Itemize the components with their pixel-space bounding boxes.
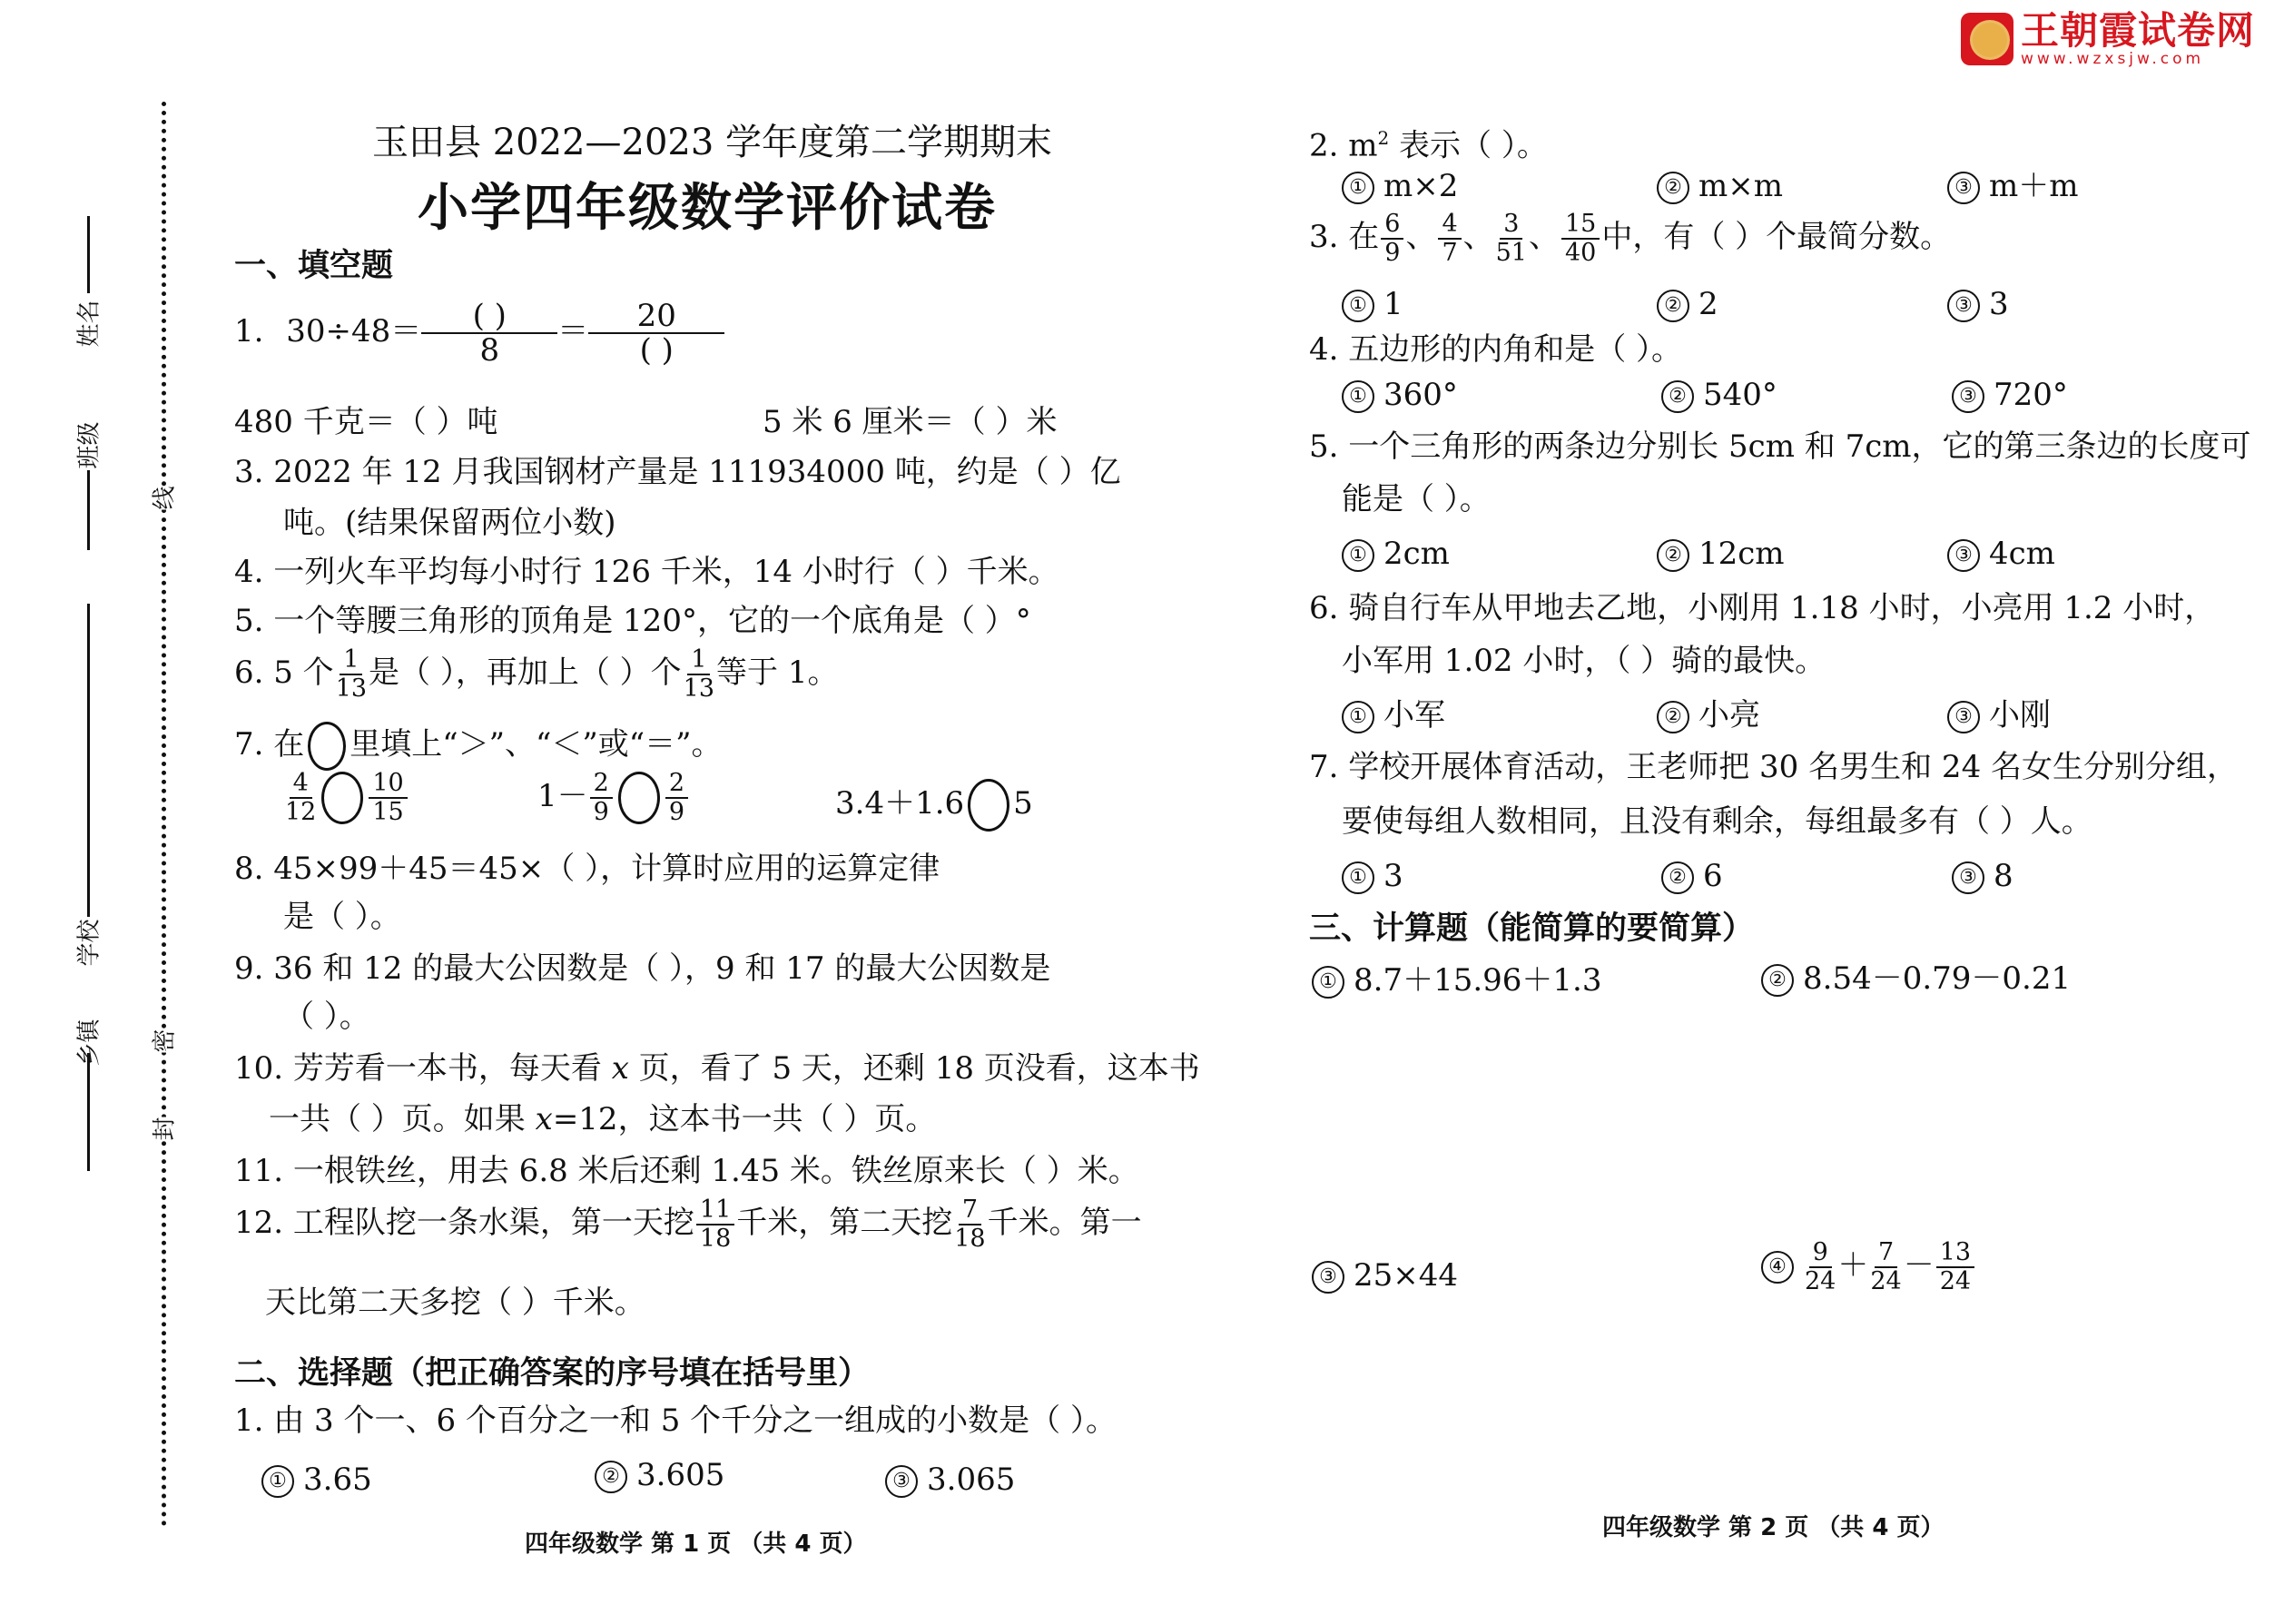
calc-answer-area-2[interactable] [1761,1017,2233,1244]
choice-q1-option1[interactable]: ①3.65 [261,1462,372,1498]
problem-number-icon: ① [1312,966,1344,999]
compare-circle-input[interactable] [321,772,363,824]
fill-q10-line1: 10. 芳芳看一本书，每天看 x 页，看了 5 天，还剩 18 页没看，这本书 [234,1050,1200,1087]
choice-q7-line2: 要使每组人数相同，且没有剩余，每组最多有（ ）人。 [1342,803,2092,840]
fill-q12-line2: 天比第二天多挖（ ）千米。 [265,1284,645,1321]
fill-q1: 1. 30÷48＝( )8＝20( ) [234,300,724,367]
choice-q6-option1[interactable]: ①小军 [1342,697,1445,733]
option-number-icon: ② [595,1461,627,1493]
fill-q4: 4. 一列火车平均每小时行 126 千米，14 小时行（ ）千米。 [234,554,1059,590]
township-field-line[interactable] [87,1053,90,1171]
fill-q7-item2: 1－2929 [537,770,690,826]
option-number-icon: ③ [885,1465,918,1498]
choice-q4-option1[interactable]: ①360° [1342,377,1458,413]
exam-title-line2: 小学四年级数学评价试卷 [418,168,997,241]
option-number-icon: ① [1342,380,1374,413]
fill-q3-line2: 吨。(结果保留两位小数) [283,505,616,541]
option-number-icon: ③ [1947,172,1980,204]
choice-q3: 3. 在69、47、351、1540中，有（ ）个最简分数。 [1309,211,1951,267]
section1-heading: 一、填空题 [234,241,393,286]
choice-q3-option2[interactable]: ②2 [1657,286,1718,322]
fill-q12-line1: 12. 工程队挖一条水渠，第一天挖1118千米，第二天挖718千米。第一 [234,1196,1142,1253]
option-number-icon: ② [1661,380,1694,413]
compare-circle-input[interactable] [618,772,660,824]
choice-q2-option2[interactable]: ②m×m [1657,168,1783,204]
option-number-icon: ① [1342,172,1374,204]
choice-q2-option1[interactable]: ①m×2 [1342,168,1458,204]
option-number-icon: ③ [1947,701,1980,733]
fill-q5: 5. 一个等腰三角形的顶角是 120°，它的一个底角是（ ）° [234,603,1031,639]
fill-q10-line2: 一共（ ）页。如果 x=12，这本书一共（ ）页。 [269,1101,936,1137]
calc-problem-4: ④924＋724－1324 [1761,1239,1976,1295]
school-field-label: 学校 [71,919,104,966]
fill-q8-line2: 是（ ）。 [283,899,401,935]
option-number-icon: ② [1657,701,1689,733]
option-number-icon: ① [1342,290,1374,322]
fill-q6: 6. 5 个113是（ ），再加上（ ）个113等于 1。 [234,646,838,703]
name-field-label: 姓名 [71,300,104,347]
fill-q7-item3: 3.4＋1.65 [835,779,1033,832]
option-number-icon: ② [1657,539,1689,572]
page2-footer: 四年级数学 第 2 页 （共 4 页） [1602,1509,1944,1542]
choice-q7-option2[interactable]: ②6 [1661,858,1723,894]
fill-q7-prompt: 7. 在里填上“＞”、“＜”或“＝”。 [234,722,723,771]
binding-dotted-line [162,102,166,1527]
problem-number-icon: ③ [1312,1261,1344,1294]
choice-q5-option3[interactable]: ③4cm [1947,536,2055,572]
choice-q4: 4. 五边形的内角和是（ ）。 [1309,331,1682,368]
site-logo: 王朝霞试卷网 www.wzxsjw.com [1961,11,2255,67]
fill-q9-line2: （ ）。 [283,999,370,1035]
fill-q3-line1: 3. 2022 年 12 月我国钢材产量是 111934000 吨，约是（ ）亿 [234,454,1121,490]
option-number-icon: ③ [1947,539,1980,572]
option-number-icon: ③ [1947,290,1980,322]
class-field-label: 班级 [71,421,104,468]
choice-q3-option1[interactable]: ①1 [1342,286,1403,322]
option-number-icon: ① [1342,539,1374,572]
logo-name: 王朝霞试卷网 [2021,11,2255,51]
fill-q2a: 480 千克＝（ ）吨 [234,404,498,440]
fill-q2b: 5 米 6 厘米＝（ ）米 [763,404,1058,440]
option-number-icon: ① [1342,701,1374,733]
choice-q5-line1: 5. 一个三角形的两条边分别长 5cm 和 7cm，它的第三条边的长度可 [1309,428,2251,465]
choice-q7-line1: 7. 学校开展体育活动，王老师把 30 名男生和 24 名女生分别分组， [1309,749,2238,785]
class-field-line[interactable] [87,470,90,550]
name-field-line[interactable] [87,216,90,293]
choice-q7-option3[interactable]: ③8 [1952,858,2013,894]
option-number-icon: ③ [1952,861,1984,894]
exam-title-line1: 玉田县 2022—2023 学年度第二学期期末 [372,113,1052,165]
option-number-icon: ① [1342,861,1374,894]
choice-q1: 1. 由 3 个一、6 个百分之一和 5 个千分之一组成的小数是（ ）。 [234,1403,1117,1439]
compare-circle-input[interactable] [968,779,1009,832]
calc-answer-area-1[interactable] [1312,1017,1729,1244]
option-number-icon: ② [1657,172,1689,204]
choice-q4-option2[interactable]: ②540° [1661,377,1777,413]
choice-q5-option2[interactable]: ②12cm [1657,536,1785,572]
option-number-icon: ② [1661,861,1694,894]
fill-q7-item1: 4121015 [283,770,409,826]
seal-char-mi: 密 [146,1029,180,1052]
problem-number-icon: ② [1761,964,1794,997]
fill-q11: 11. 一根铁丝，用去 6.8 米后还剩 1.45 米。铁丝原来长（ ）米。 [234,1153,1139,1189]
choice-q3-option3[interactable]: ③3 [1947,286,2009,322]
choice-q5-option1[interactable]: ①2cm [1342,536,1450,572]
choice-q6-option2[interactable]: ②小亮 [1657,697,1760,733]
logo-url: www.wzxsjw.com [2021,51,2255,67]
choice-q4-option3[interactable]: ③720° [1952,377,2068,413]
problem-number-icon: ④ [1761,1251,1794,1284]
seal-char-feng: 封 [146,1117,180,1140]
choice-q6-option3[interactable]: ③小刚 [1947,697,2051,733]
compare-circle-icon [308,722,346,771]
choice-q5-line2: 能是（ ）。 [1342,481,1491,517]
section3-heading: 三、计算题（能简算的要简算） [1309,903,1754,949]
page1-footer: 四年级数学 第 1 页 （共 4 页） [525,1525,867,1559]
school-field-line[interactable] [87,604,90,917]
fill-q9-line1: 9. 36 和 12 的最大公因数是（ ），9 和 17 的最大公因数是 [234,950,1050,987]
option-number-icon: ① [261,1465,294,1498]
calc-problem-3: ③25×44 [1312,1257,1458,1294]
choice-q2-option3[interactable]: ③m＋m [1947,168,2078,204]
choice-q1-option3[interactable]: ③3.065 [885,1462,1015,1498]
choice-q1-option2[interactable]: ②3.605 [595,1457,724,1493]
logo-badge-icon [1961,13,2013,65]
option-number-icon: ② [1657,290,1689,322]
choice-q6-line2: 小军用 1.02 小时，（ ）骑的最快。 [1342,643,1826,679]
calc-problem-2: ②8.54－0.79－0.21 [1761,960,2071,997]
seal-char-xian: 线 [146,486,180,509]
calc-problem-1: ①8.7＋15.96＋1.3 [1312,962,1601,999]
option-number-icon: ③ [1952,380,1984,413]
choice-q2: 2. m2 表示（ ）。 [1309,120,1548,163]
fill-q8-line1: 8. 45×99＋45＝45×（ ），计算时应用的运算定律 [234,851,940,887]
section2-heading: 二、选择题（把正确答案的序号填在括号里） [234,1348,870,1393]
choice-q6-line1: 6. 骑自行车从甲地去乙地，小刚用 1.18 小时，小亮用 1.2 小时， [1309,590,2215,626]
choice-q7-option1[interactable]: ①3 [1342,858,1403,894]
